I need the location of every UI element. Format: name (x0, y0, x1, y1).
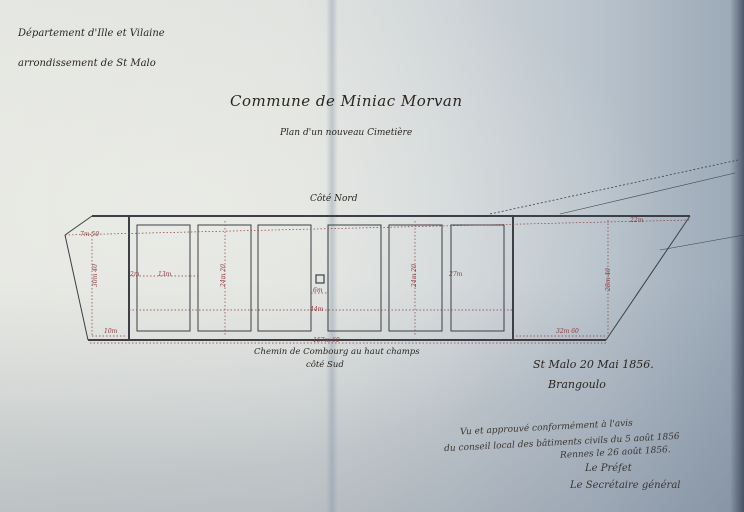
dim-center-gap: 6m (313, 287, 323, 294)
architect-signature: Brangoulo (548, 378, 606, 391)
dim-left-top: 7m 50 (80, 231, 99, 238)
dim-left-height: 30m 40 (92, 264, 99, 287)
dim-right-top: 22m (630, 217, 643, 224)
south-side-label: côté Sud (306, 360, 344, 370)
south-road-label: Chemin de Combourg au haut champs (254, 347, 420, 357)
dim-left-bottom: 10m (104, 328, 117, 335)
dim-plot-width: 13m (158, 271, 171, 278)
dim-right-height: 28m 40 (605, 268, 612, 291)
dim-plot-height-2: 24m 20 (411, 264, 418, 287)
dim-mid: 27m (449, 271, 462, 278)
secretary-signature: Le Secrétaire général (570, 480, 680, 491)
arrondissement-label: arrondissement de St Malo (18, 58, 156, 69)
document-subtitle: Plan d'un nouveau Cimetière (280, 128, 412, 138)
dim-total-length: 157m 60 (313, 337, 340, 344)
department-label: Département d'Ille et Vilaine (18, 28, 165, 39)
prefect-title: Le Préfet (585, 463, 632, 474)
dim-plot-height: 24m 20 (220, 264, 227, 287)
dim-center-width: 44m (310, 306, 323, 313)
document-title: Commune de Miniac Morvan (230, 92, 463, 110)
dim-right-bottom: 32m 60 (556, 328, 579, 335)
north-side-label: Côté Nord (310, 194, 357, 204)
scanned-document: 7m 50 30m 40 10m 2m 13m 24m 20 6m 44m 24… (0, 0, 744, 512)
signature-date: St Malo 20 Mai 1856. (533, 358, 654, 371)
dim-path: 2m (130, 271, 140, 278)
